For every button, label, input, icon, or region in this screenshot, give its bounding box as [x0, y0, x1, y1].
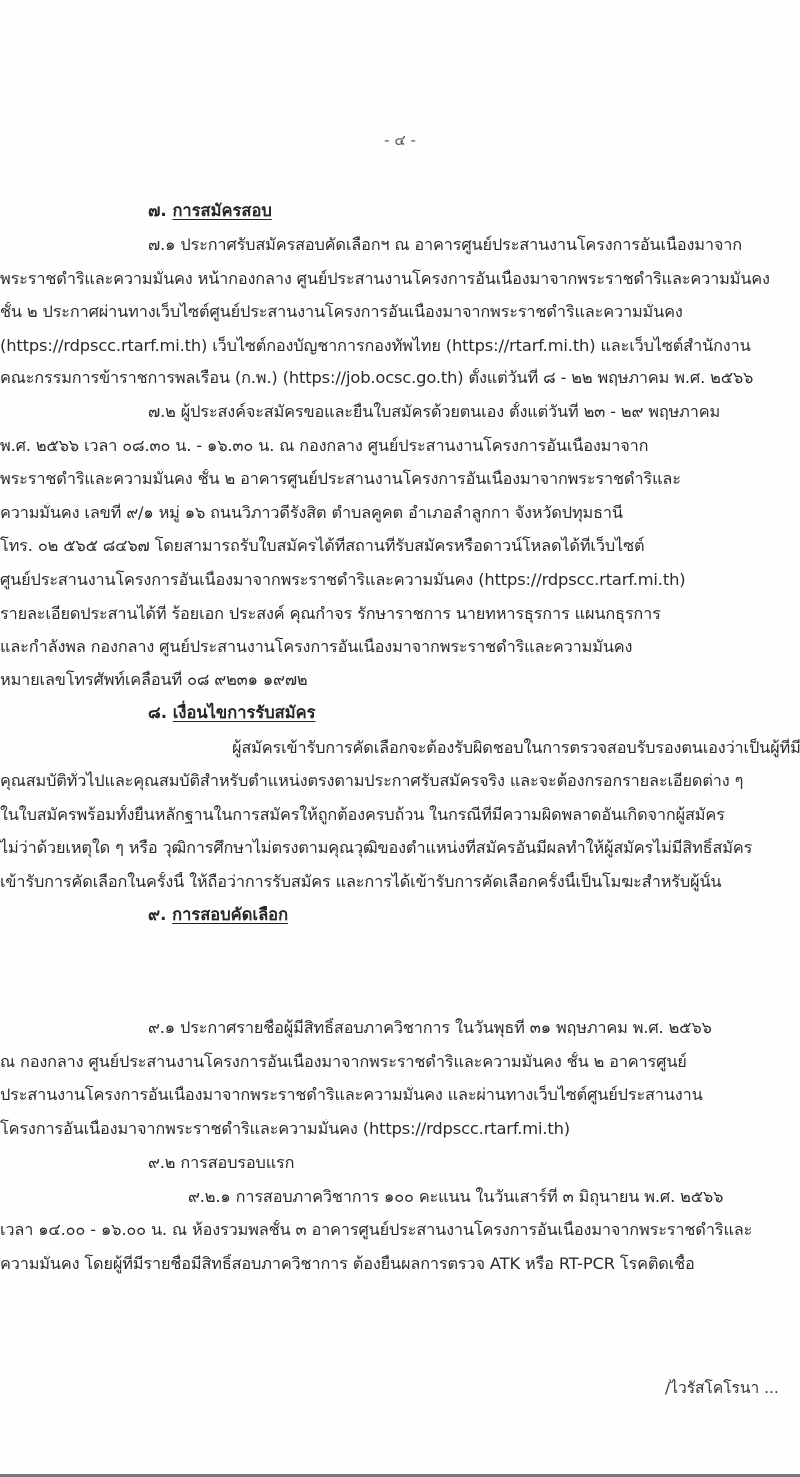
paragraph-line: ๗.๑ ประกาศรับสมัครสอบคัดเลือกฯ ณ อาคารศู… — [148, 235, 800, 255]
section-8-title: เงื่อนไขการรับสมัคร — [173, 703, 316, 722]
paragraph-line: พระราชดำริและความมั่นคง ชั้น ๒ อาคารศูนย… — [0, 469, 800, 489]
paragraph-line: (https://rdpscc.rtarf.mi.th) เว็บไซต์กอง… — [0, 336, 800, 356]
section-9-number: ๙. — [148, 905, 166, 924]
paragraph-line: ไม่ว่าด้วยเหตุใด ๆ หรือ วุฒิการศึกษาไม่ต… — [0, 838, 800, 858]
section-7-number: ๗. — [148, 201, 167, 220]
paragraph-line: คณะกรรมการข้าราชการพลเรือน (ก.พ.) (https… — [0, 368, 800, 388]
section-8-heading: ๘. เงื่อนไขการรับสมัคร — [148, 703, 316, 723]
paragraph-line: ๗.๒ ผู้ประสงค์จะสมัครขอและยื่นใบสมัครด้ว… — [148, 402, 800, 422]
paragraph-line: ผู้สมัครเข้ารับการคัดเลือกจะต้องรับผิดชอ… — [232, 738, 800, 758]
continuation-text: /ไวรัสโคโรนา ... — [665, 1378, 779, 1398]
section-7-heading: ๗. การสมัครสอบ — [148, 201, 272, 221]
section-8-number: ๘. — [148, 703, 167, 722]
section-9-heading: ๙. การสอบคัดเลือก — [148, 905, 288, 925]
paragraph-line: ประสานงานโครงการอันเนื่องมาจากพระราชดำริ… — [0, 1085, 800, 1105]
document-page: - ๔ - ๗. การสมัครสอบ ๗.๑ ประกาศรับสมัครส… — [0, 0, 800, 1477]
section-7-title: การสมัครสอบ — [172, 201, 271, 220]
paragraph-line: รายละเอียดประสานได้ที่ ร้อยเอก ประสงค์ ค… — [0, 604, 800, 624]
paragraph-line: ชั้น ๒ ประกาศผ่านทางเว็บไซต์ศูนย์ประสานง… — [0, 302, 800, 322]
subsection-heading: ๙.๒ การสอบรอบแรก — [148, 1153, 800, 1173]
paragraph-line: โครงการอันเนื่องมาจากพระราชดำริและความมั… — [0, 1119, 800, 1139]
paragraph-line: ความมั่นคง โดยผู้ที่มีรายชื่อมีสิทธิ์สอบ… — [0, 1254, 800, 1274]
section-9-title: การสอบคัดเลือก — [172, 905, 288, 924]
paragraph-line: ในใบสมัครพร้อมทั้งยื่นหลักฐานในการสมัครใ… — [0, 805, 800, 825]
paragraph-line: เข้ารับการคัดเลือกในครั้งนี้ ให้ถือว่ากา… — [0, 872, 800, 892]
paragraph-line: คุณสมบัติทั่วไปและคุณสมบัติสำหรับตำแหน่ง… — [0, 771, 800, 791]
paragraph-line: หมายเลขโทรศัพท์เคลื่อนที่ ๐๘ ๙๒๓๑ ๑๙๗๒ — [0, 670, 800, 690]
page-number: - ๔ - — [0, 128, 800, 152]
paragraph-line: พระราชดำริและความมั่นคง หน้ากองกลาง ศูนย… — [0, 269, 800, 289]
paragraph-line: พ.ศ. ๒๕๖๖ เวลา ๐๘.๓๐ น. - ๑๖.๓๐ น. ณ กอง… — [0, 436, 800, 456]
paragraph-line: ความมั่นคง เลขที่ ๙/๑ หมู่ ๑๖ ถนนวิภาวดี… — [0, 503, 800, 523]
paragraph-line: เวลา ๑๔.๐๐ - ๑๖.๐๐ น. ณ ห้องรวมพลชั้น ๓ … — [0, 1220, 800, 1240]
paragraph-line: ณ กองกลาง ศูนย์ประสานงานโครงการอันเนื่อง… — [0, 1052, 800, 1072]
paragraph-line: ๙.๒.๑ การสอบภาควิชาการ ๑๐๐ คะแนน ในวันเส… — [188, 1187, 800, 1207]
paragraph-line: และกำลังพล กองกลาง ศูนย์ประสานงานโครงการ… — [0, 637, 800, 657]
paragraph-line: ๙.๑ ประกาศรายชื่อผู้มีสิทธิ์สอบภาควิชากา… — [148, 1018, 800, 1038]
paragraph-line: โทร. ๐๒ ๕๖๕ ๘๔๖๗ โดยสามารถรับใบสมัครได้ท… — [0, 536, 800, 556]
paragraph-line: ศูนย์ประสานงานโครงการอันเนื่องมาจากพระรา… — [0, 570, 800, 590]
